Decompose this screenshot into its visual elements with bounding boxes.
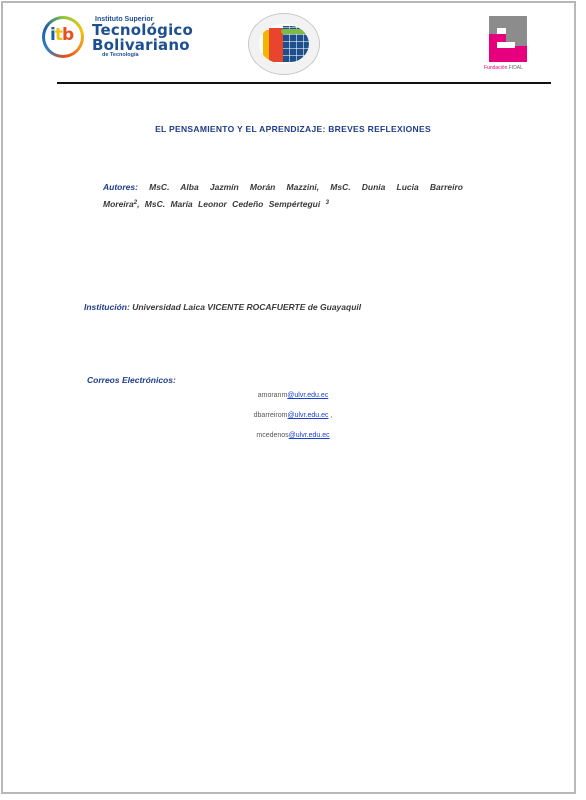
emails-label: Correos Electrónicos: bbox=[87, 375, 176, 385]
institution-label: Institución: bbox=[84, 302, 130, 312]
email-item: amoranm@ulvr.edu.ec bbox=[0, 392, 586, 399]
email-item: mcedenos@ulvr.edu.ec bbox=[0, 432, 586, 439]
itb-logo-text: Instituto Superior Tecnológico Bolivaria… bbox=[92, 16, 193, 59]
authors-label: Autores: bbox=[103, 182, 138, 192]
itb-logo-letters: itb bbox=[50, 27, 73, 44]
email-link[interactable]: @ulvr.edu.ec bbox=[289, 432, 330, 439]
institution-value: Universidad Laica VICENTE ROCAFUERTE de … bbox=[132, 302, 361, 312]
email-link[interactable]: @ulvr.edu.ec bbox=[287, 392, 328, 399]
document-title: EL PENSAMIENTO Y EL APRENDIZAJE: BREVES … bbox=[0, 124, 586, 134]
authors-line1: MsC. Alba Jazmín Morán Mazzini, MsC. Dun… bbox=[149, 182, 463, 192]
institution: Institución: Universidad Laica VICENTE R… bbox=[84, 302, 361, 312]
email-item: dbarreirom@ulvr.edu.ec , bbox=[0, 412, 586, 419]
header-divider bbox=[57, 82, 551, 84]
authors-block: Autores: MsC. Alba Jazmín Morán Mazzini,… bbox=[103, 179, 463, 213]
university-seal-icon bbox=[248, 13, 320, 75]
fidal-label: Fundación FIDAL bbox=[484, 65, 523, 71]
email-link[interactable]: @ulvr.edu.ec bbox=[288, 412, 329, 419]
